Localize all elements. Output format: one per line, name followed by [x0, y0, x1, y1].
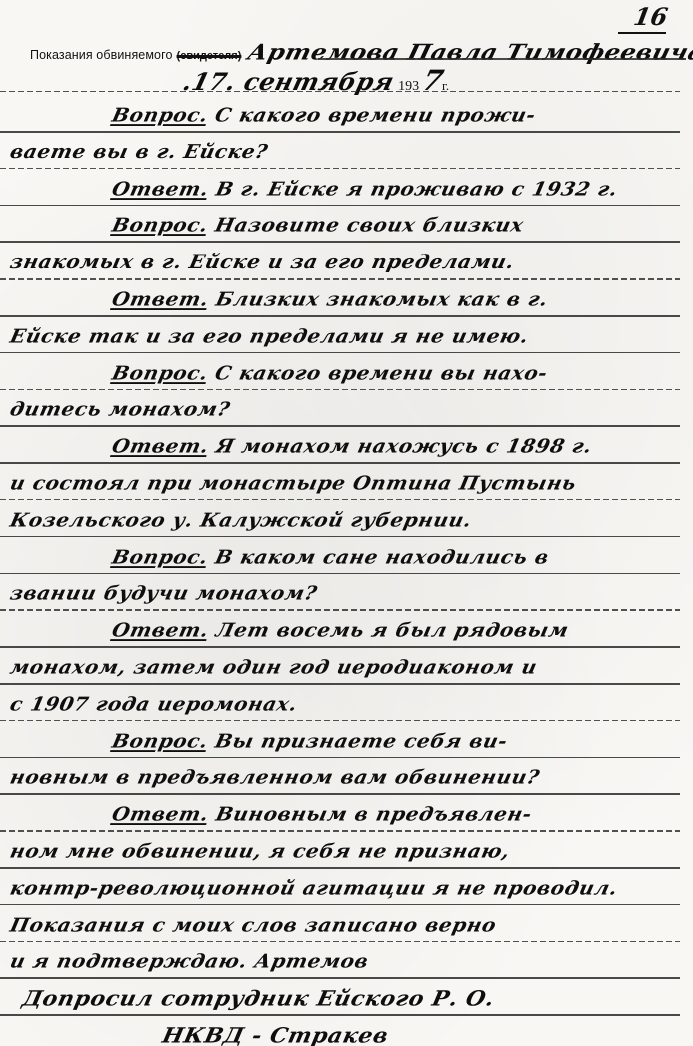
testimony-line: с 1907 года иеромонах. [8, 692, 300, 715]
line-text: с 1907 года иеромонах. [8, 692, 300, 715]
testimony-line: Козельского у. Калужской губернии. [8, 508, 474, 531]
ruled-line [0, 573, 680, 575]
ruled-line [0, 941, 680, 942]
line-text: Показания с моих слов записано верно [8, 913, 499, 936]
header-printed-label: Показания обвиняемого [30, 48, 173, 62]
ruled-line [0, 977, 680, 979]
line-text: дитесь монахом? [8, 398, 232, 421]
line-text: новным в предъявленном вам обвинении? [8, 766, 542, 789]
line-text: В каком сане находились в [205, 545, 551, 568]
question-label: Вопрос. [110, 729, 210, 752]
ruled-line [0, 867, 680, 869]
question-label: Вопрос. [110, 361, 210, 384]
line-text: С какого времени вы нахо- [205, 361, 549, 384]
testimony-line: ваете вы в г. Ейске? [8, 140, 270, 163]
header-struck-word: (свидетеля) [177, 50, 242, 62]
testimony-line: звании будучи монахом? [8, 582, 320, 605]
testimony-line: Ответ. Я монахом нахожусь с 1898 г. [110, 434, 594, 457]
accused-name: Артемова Павла Тимофеевича [245, 39, 693, 65]
ruled-line [0, 352, 680, 354]
line-text: В г. Ейске я проживаю с 1932 г. [206, 177, 620, 200]
testimony-line: Показания с моих слов записано верно [8, 913, 499, 936]
testimony-line: Ответ. Виновным в предъявлен- [110, 802, 534, 825]
line-text: Лет восемь я был рядовым [206, 618, 571, 641]
line-text: и состоял при монастыре Оптина Пустынь [8, 471, 579, 494]
line-text: Ейске так и за его пределами я не имею. [8, 324, 531, 347]
date-year-prefix: 193 [398, 79, 419, 95]
answer-label: Ответ. [110, 177, 211, 200]
testimony-line: Вопрос. С какого времени прожи- [110, 103, 538, 126]
answer-label: Ответ. [110, 434, 211, 457]
line-text: НКВД - Стракев [160, 1023, 391, 1046]
testimony-line: Ответ. Лет восемь я был рядовым [110, 618, 571, 641]
line-text: знакомых в г. Ейске и за его пределами. [8, 250, 517, 273]
testimony-line: Ответ. В г. Ейске я проживаю с 1932 г. [110, 177, 620, 200]
ruled-line [0, 499, 680, 500]
testimony-line: Ответ. Близких знакомых как в г. [110, 287, 550, 310]
answer-label: Ответ. [110, 618, 211, 641]
ruled-line [0, 1014, 680, 1016]
testimony-line: Вопрос. В каком сане находились в [110, 545, 551, 568]
line-text: Я монахом нахожусь с 1898 г. [206, 434, 594, 457]
testimony-line: знакомых в г. Ейске и за его пределами. [8, 250, 517, 273]
testimony-line: Допросил сотрудник Ейского Р. О. [20, 986, 497, 1011]
line-text: Виновным в предъявлен- [206, 802, 534, 825]
question-label: Вопрос. [110, 545, 210, 568]
ruled-line [0, 646, 680, 648]
ruled-line [0, 241, 680, 243]
testimony-line: Ейске так и за его пределами я не имею. [8, 324, 531, 347]
ruled-line [0, 131, 680, 133]
ruled-line [0, 720, 680, 721]
testimony-line: дитесь монахом? [8, 398, 232, 421]
testimony-line: новным в предъявленном вам обвинении? [8, 766, 542, 789]
testimony-line: Вопрос. Вы признаете себя ви- [110, 729, 510, 752]
document-header: Показания обвиняемого (свидетеля) Артемо… [30, 36, 693, 65]
ruled-line [0, 205, 680, 207]
testimony-line: НКВД - Стракев [160, 1023, 391, 1046]
question-label: Вопрос. [110, 103, 210, 126]
testimony-line: и состоял при монастыре Оптина Пустынь [8, 471, 579, 494]
testimony-line: контр-революционной агитации я не провод… [8, 876, 620, 899]
answer-label: Ответ. [110, 287, 211, 310]
line-text: ваете вы в г. Ейске? [8, 140, 270, 163]
testimony-line: Вопрос. Назовите своих близких [110, 214, 526, 237]
line-text: и я подтверждаю. Артемов [8, 950, 371, 973]
ruled-line [0, 757, 680, 759]
testimony-line: ном мне обвинении, я себя не признаю, [8, 839, 512, 862]
testimony-line: Вопрос. С какого времени вы нахо- [110, 361, 550, 384]
ruled-line [0, 425, 680, 427]
ruled-line [0, 793, 680, 795]
ruled-line [0, 904, 680, 906]
line-text: Допросил сотрудник Ейского Р. О. [20, 986, 497, 1011]
ruled-line [318, 58, 686, 60]
ruled-line [0, 389, 680, 390]
ruled-line [0, 315, 680, 317]
ruled-line [0, 462, 680, 464]
document-page: 16 Показания обвиняемого (свидетеля) Арт… [0, 0, 693, 1046]
ruled-line [0, 609, 680, 610]
page-number: 16 [631, 2, 670, 31]
line-text: Вы признаете себя ви- [205, 729, 509, 752]
ruled-line [0, 91, 680, 92]
ruled-line [0, 830, 680, 831]
page-number-underline [618, 32, 666, 34]
testimony-line: монахом, затем один год иеродиаконом и [8, 655, 539, 678]
ruled-line [0, 683, 680, 685]
testimony-line: и я подтверждаю. Артемов [8, 950, 371, 973]
line-text: ном мне обвинении, я себя не признаю, [8, 839, 512, 862]
answer-label: Ответ. [110, 802, 211, 825]
line-text: звании будучи монахом? [8, 582, 320, 605]
ruled-line [0, 536, 680, 538]
line-text: Назовите своих близких [205, 214, 526, 237]
line-text: Козельского у. Калужской губернии. [8, 508, 474, 531]
ruled-line [0, 168, 680, 169]
line-text: контр-революционной агитации я не провод… [8, 876, 620, 899]
line-text: С какого времени прожи- [205, 103, 538, 126]
question-label: Вопрос. [110, 214, 210, 237]
ruled-line [0, 278, 680, 279]
line-text: монахом, затем один год иеродиаконом и [8, 655, 539, 678]
line-text: Близких знакомых как в г. [206, 287, 550, 310]
